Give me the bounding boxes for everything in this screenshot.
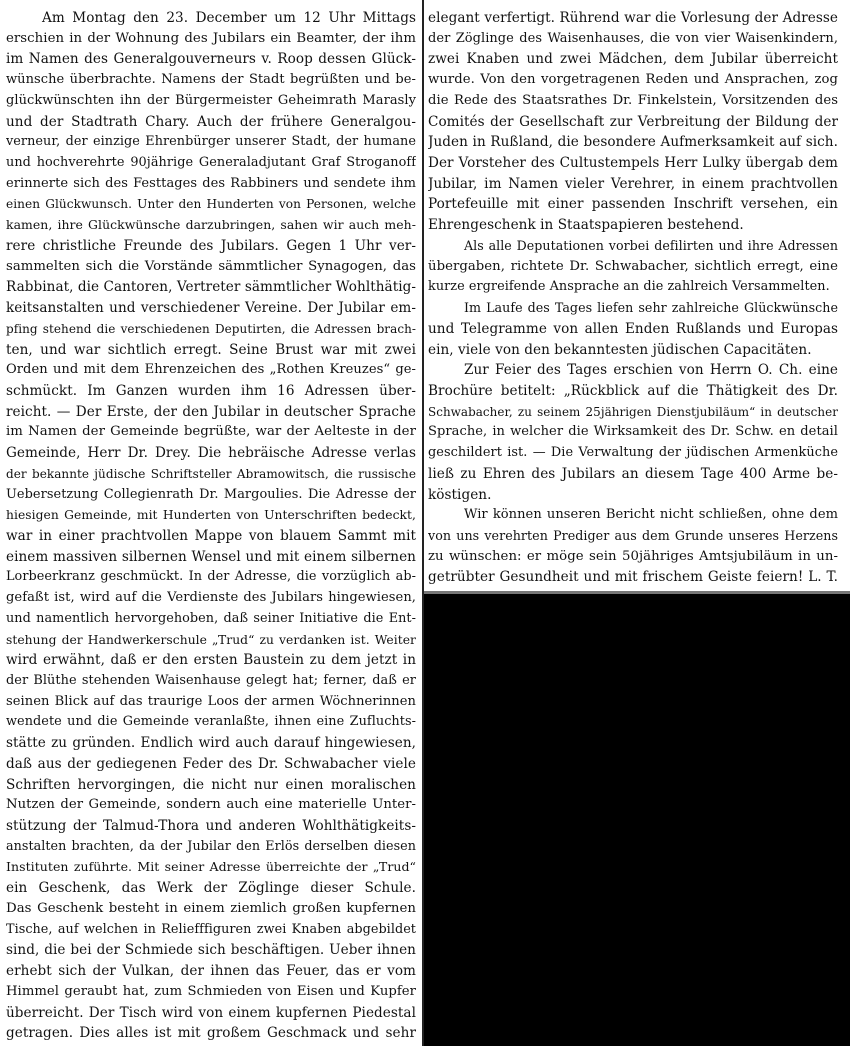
text-line: glückwünschten ihn der Bürgermeister Geh…: [6, 91, 416, 112]
text-line: wünsche überbrachte. Namens der Stadt be…: [6, 70, 416, 91]
text-line: Comités der Gesellschaft zur Verbreitung…: [428, 112, 838, 133]
text-line: von uns verehrten Prediger aus dem Grund…: [428, 526, 838, 547]
text-line: sammelten sich die Vorstände sämmtlicher…: [6, 257, 416, 278]
text-line: seinen Blick auf das traurige Loos der a…: [6, 692, 416, 713]
text-line: Der Vorsteher des Cultustempels Herr Lul…: [428, 153, 838, 174]
text-line: im Namen der Gemeinde begrüßte, war der …: [6, 422, 416, 443]
text-line: kurze ergreifende Ansprache an die zahlr…: [428, 277, 838, 298]
blank-black-region: [424, 594, 850, 1046]
text-line: Das Geschenk besteht in einem ziemlich g…: [6, 899, 416, 920]
text-line: wurde. Von den vorgetragenen Reden und A…: [428, 70, 838, 91]
text-line: gefaßt ist, wird auf die Verdienste des …: [6, 588, 416, 609]
text-line: Instituten zuführte. Mit seiner Adresse …: [6, 857, 416, 878]
text-line: erinnerte sich des Festtages des Rabbine…: [6, 174, 416, 195]
text-line: hiesigen Gemeinde, mit Hunderten von Unt…: [6, 505, 416, 526]
text-line: im Namen des Generalgouverneurs v. Roop …: [6, 49, 416, 70]
text-line: verneur, der einzige Ehrenbürger unserer…: [6, 132, 416, 153]
text-line: rere christliche Freunde des Jubilars. G…: [6, 236, 416, 257]
text-line: stätte zu gründen. Endlich wird auch dar…: [6, 733, 416, 754]
text-line: Wir können unseren Bericht nicht schließ…: [428, 505, 838, 526]
text-line: zu wünschen: er möge sein 50jähriges Amt…: [428, 547, 838, 568]
text-line: ein Geschenk, das Werk der Zöglinge dies…: [6, 878, 416, 899]
text-line: ein, viele von den bekanntesten jüdische…: [428, 340, 838, 361]
text-line: Tische, auf welchen in Reliefffiguren zw…: [6, 920, 416, 941]
text-line: geschildert ist. — Die Verwaltung der jü…: [428, 443, 838, 464]
text-line: und Telegramme von allen Enden Rußlands …: [428, 319, 838, 340]
text-line: einen Glückwunsch. Unter den Hunderten v…: [6, 194, 416, 215]
text-line: und hochverehrte 90jährige Generaladjuta…: [6, 153, 416, 174]
text-line: köstigen.: [428, 485, 838, 506]
text-line: stützung der Talmud-Thora und anderen Wo…: [6, 816, 416, 837]
text-line: elegant verfertigt. Rührend war die Vorl…: [428, 8, 838, 29]
text-line: der Blüthe stehenden Waisenhause gelegt …: [6, 671, 416, 692]
text-line: und namentlich hervorgehoben, daß seiner…: [6, 609, 416, 630]
text-line: der bekannte jüdische Schriftsteller Abr…: [6, 464, 416, 485]
text-line: Zur Feier des Tages erschien von Herrn O…: [428, 360, 838, 381]
text-line: der Zöglinge des Waisenhauses, die von v…: [428, 29, 838, 50]
text-line: erschien in der Wohnung des Jubilars ein…: [6, 29, 416, 50]
text-line: und der Stadtrath Chary. Auch der früher…: [6, 112, 416, 133]
text-line: Gemeinde, Herr Dr. Drey. Die hebräische …: [6, 443, 416, 464]
text-line: zwei Knaben und zwei Mädchen, dem Jubila…: [428, 49, 838, 70]
text-line: kamen, ihre Glückwünsche darzubringen, s…: [6, 215, 416, 236]
text-line: Jubilar, im Namen vieler Verehrer, in ei…: [428, 174, 838, 195]
text-line: Ehrengeschenk in Staatspapieren bestehen…: [428, 215, 838, 236]
text-line: Schriften hervorgingen, die nicht nur ei…: [6, 775, 416, 796]
text-line: Rabbinat, die Cantoren, Vertreter sämmtl…: [6, 277, 416, 298]
text-line: Sprache, in welcher die Wirksamkeit des …: [428, 422, 838, 443]
text-line: Orden und mit dem Ehrenzeichen des „Roth…: [6, 360, 416, 381]
text-line: Brochüre betitelt: „Rückblick auf die Th…: [428, 381, 838, 402]
text-line: Juden in Rußland, die besondere Aufmerks…: [428, 132, 838, 153]
text-line: Lorbeerkranz geschmückt. In der Adresse,…: [6, 567, 416, 588]
text-line: reicht. — Der Erste, der den Jubilar in …: [6, 402, 416, 423]
text-line: ließ zu Ehren des Jubilars an diesem Tag…: [428, 464, 838, 485]
text-line: pfing stehend die verschiedenen Deputirt…: [6, 319, 416, 340]
text-line: Am Montag den 23. December um 12 Uhr Mit…: [6, 8, 416, 29]
text-line: übergaben, richtete Dr. Schwabacher, sic…: [428, 257, 838, 278]
text-line: einem massiven silbernen Wensel und mit …: [6, 547, 416, 568]
text-line: ten, und war sichtlich erregt. Seine Bru…: [6, 340, 416, 361]
right-text-column: elegant verfertigt. Rührend war die Vorl…: [428, 8, 838, 588]
text-line: war in einer prachtvollen Mappe von blau…: [6, 526, 416, 547]
left-text-column: Am Montag den 23. December um 12 Uhr Mit…: [6, 8, 416, 1044]
text-line: Uebersetzung Collegienrath Dr. Margoulie…: [6, 485, 416, 506]
text-line: stehung der Handwerkerschule „Trud“ zu v…: [6, 630, 416, 651]
text-line: Nutzen der Gemeinde, sondern auch eine m…: [6, 795, 416, 816]
text-line: anstalten brachten, da der Jubilar den E…: [6, 837, 416, 858]
text-line: wird erwähnt, daß er den ersten Baustein…: [6, 650, 416, 671]
text-line: keitsanstalten und verschiedener Vereine…: [6, 298, 416, 319]
text-line: getragen. Dies alles ist mit großem Gesc…: [6, 1023, 416, 1044]
text-line: Himmel geraubt hat, zum Schmieden von Ei…: [6, 982, 416, 1003]
text-line: Als alle Deputationen vorbei defilirten …: [428, 236, 838, 257]
text-line: die Rede des Staatsrathes Dr. Finkelstei…: [428, 91, 838, 112]
text-line: erhebt sich der Vulkan, der ihnen das Fe…: [6, 961, 416, 982]
text-line: Schwabacher, zu seinem 25jährigen Dienst…: [428, 402, 838, 423]
text-line: Portefeuille mit einer passenden Inschri…: [428, 194, 838, 215]
text-line: sind, die bei der Schmiede sich beschäft…: [6, 940, 416, 961]
text-line: Im Laufe des Tages liefen sehr zahlreich…: [428, 298, 838, 319]
text-line: überreicht. Der Tisch wird von einem kup…: [6, 1003, 416, 1024]
text-line: daß aus der gediegenen Feder des Dr. Sch…: [6, 754, 416, 775]
text-line: schmückt. Im Ganzen wurden ihm 16 Adress…: [6, 381, 416, 402]
text-line: wendete und die Gemeinde veranlaßte, ihn…: [6, 712, 416, 733]
text-line: getrübter Gesundheit und mit frischem Ge…: [428, 567, 838, 588]
